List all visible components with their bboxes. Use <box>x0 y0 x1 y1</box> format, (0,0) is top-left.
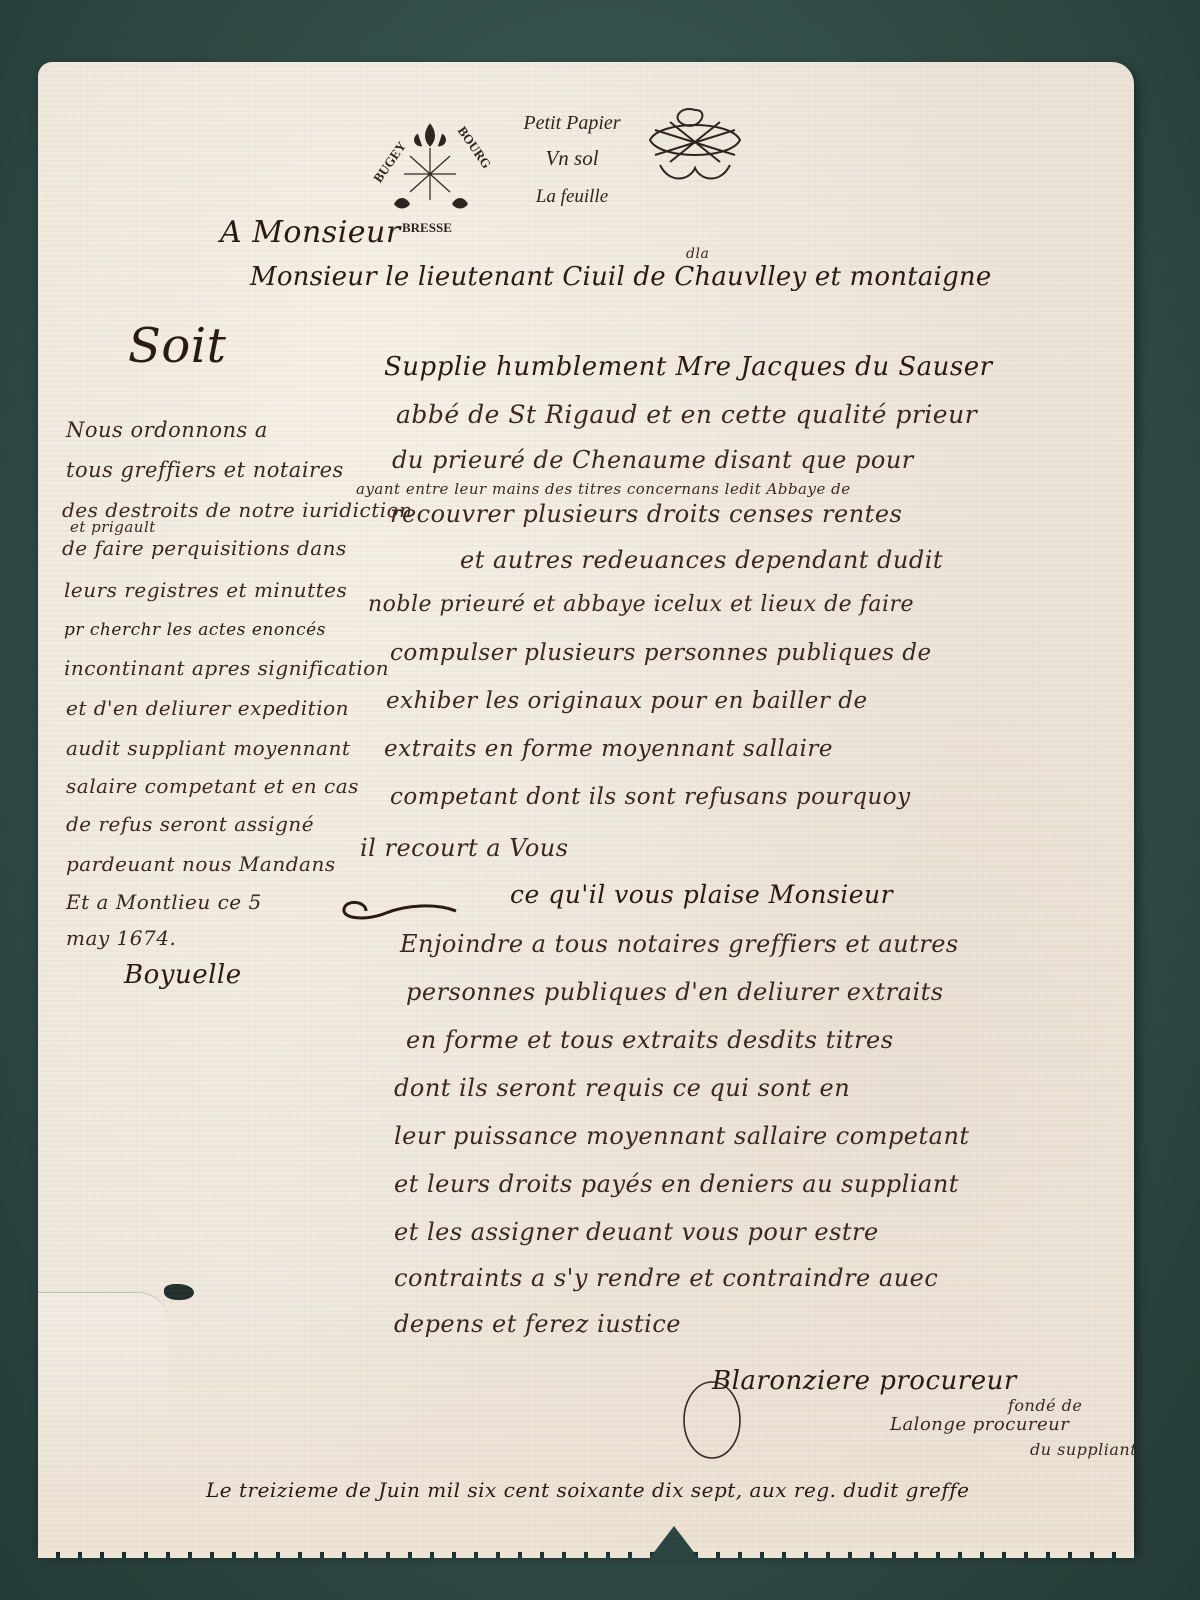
registration-line: Le treizieme de Juin mil six cent soixan… <box>206 1478 969 1502</box>
folded-corner <box>38 1292 168 1453</box>
ordinance-line: et prigault <box>70 518 156 536</box>
petition-line: Enjoindre a tous notaires greffiers et a… <box>400 930 959 958</box>
svg-text:BRESSE: BRESSE <box>402 220 452 235</box>
stamp-text-line-2: Vn sol <box>502 146 642 171</box>
petition-line: abbé de St Rigaud et en cette qualité pr… <box>396 400 977 429</box>
stamp-text-line-3: La feuille <box>502 186 642 208</box>
petition-line: dont ils seront requis ce qui sont en <box>394 1074 850 1102</box>
address-line-2: Monsieur le lieutenant Ciuil de Chauvlle… <box>250 262 991 292</box>
ordinance-line: pardeuant nous Mandans <box>66 852 336 876</box>
ordinance-line: audit suppliant moyennant <box>66 736 350 760</box>
ordinance-line: leurs registres et minuttes <box>64 578 347 602</box>
flourish-icon <box>336 895 476 935</box>
stamp-text-line-1: Petit Papier <box>502 112 642 135</box>
svg-text:BOURG: BOURG <box>455 123 492 171</box>
petition-interlinear: ayant entre leur mains des titres concer… <box>356 480 851 498</box>
petition-line: competant dont ils sont refusans pourquo… <box>390 784 911 810</box>
ordinance-line: incontinant apres signification <box>64 656 389 680</box>
ordinance-line: de faire perquisitions dans <box>62 536 347 560</box>
petition-line: recouvrer plusieurs droits censes rentes <box>390 500 902 528</box>
petition-line: Supplie humblement Mre Jacques du Sauser <box>384 352 993 382</box>
ordinance-line: Nous ordonnons a <box>66 418 268 442</box>
petition-line: du prieuré de Chenaume disant que pour <box>392 446 914 474</box>
petition-line: ce qu'il vous plaise Monsieur <box>510 880 893 909</box>
address-superscript: dla <box>686 246 709 262</box>
petition-line: et les assigner deuant vous pour estre <box>394 1218 879 1246</box>
torn-notch <box>648 1526 700 1560</box>
petition-line: compulser plusieurs personnes publiques … <box>390 640 932 666</box>
petition-line: et leurs droits payés en deniers au supp… <box>394 1170 959 1198</box>
address-line-1: A Monsieur <box>220 215 401 250</box>
petition-line: exhiber les originaux pour en bailler de <box>386 688 868 714</box>
petition-line: contraints a s'y rendre et contraindre a… <box>394 1264 938 1292</box>
petition-line: personnes publiques d'en deliurer extrai… <box>406 978 944 1006</box>
ordinance-line: may 1674. <box>66 926 176 950</box>
paper-hole <box>164 1284 194 1300</box>
petition-line: et autres redeuances dependant dudit <box>460 546 943 574</box>
ordinance-line: et d'en deliurer expedition <box>66 696 349 720</box>
petition-line: noble prieuré et abbaye icelux et lieux … <box>368 592 914 617</box>
magistrate-signature: Boyuelle <box>124 960 242 990</box>
petition-line: en forme et tous extraits desdits titres <box>406 1026 894 1054</box>
ordinance-line: de refus seront assigné <box>66 812 314 836</box>
petition-line: depens et ferez iustice <box>394 1310 681 1338</box>
torn-edge <box>38 1544 1134 1558</box>
ordinance-line: tous greffiers et notaires <box>66 458 344 482</box>
svg-text:BUGEY: BUGEY <box>370 138 409 185</box>
petition-line: leur puissance moyennant sallaire compet… <box>394 1122 970 1150</box>
ordinance-line: Et a Montlieu ce 5 <box>66 890 262 914</box>
signature-line: Lalonge procureur <box>890 1414 1069 1435</box>
signature-line: du suppliant <box>1030 1440 1137 1459</box>
margin-mark: Soit <box>128 318 226 374</box>
signature-line: fondé de <box>1008 1396 1082 1415</box>
ordinance-line: pr cherchr les actes enoncés <box>64 620 326 640</box>
petition-line: il recourt a Vous <box>360 834 569 862</box>
calligraphic-knot-icon <box>640 100 750 190</box>
signature-line: Blaronziere procureur <box>712 1366 1017 1396</box>
petition-line: extraits en forme moyennant sallaire <box>384 736 833 762</box>
ordinance-line: salaire competant et en cas <box>66 774 359 798</box>
